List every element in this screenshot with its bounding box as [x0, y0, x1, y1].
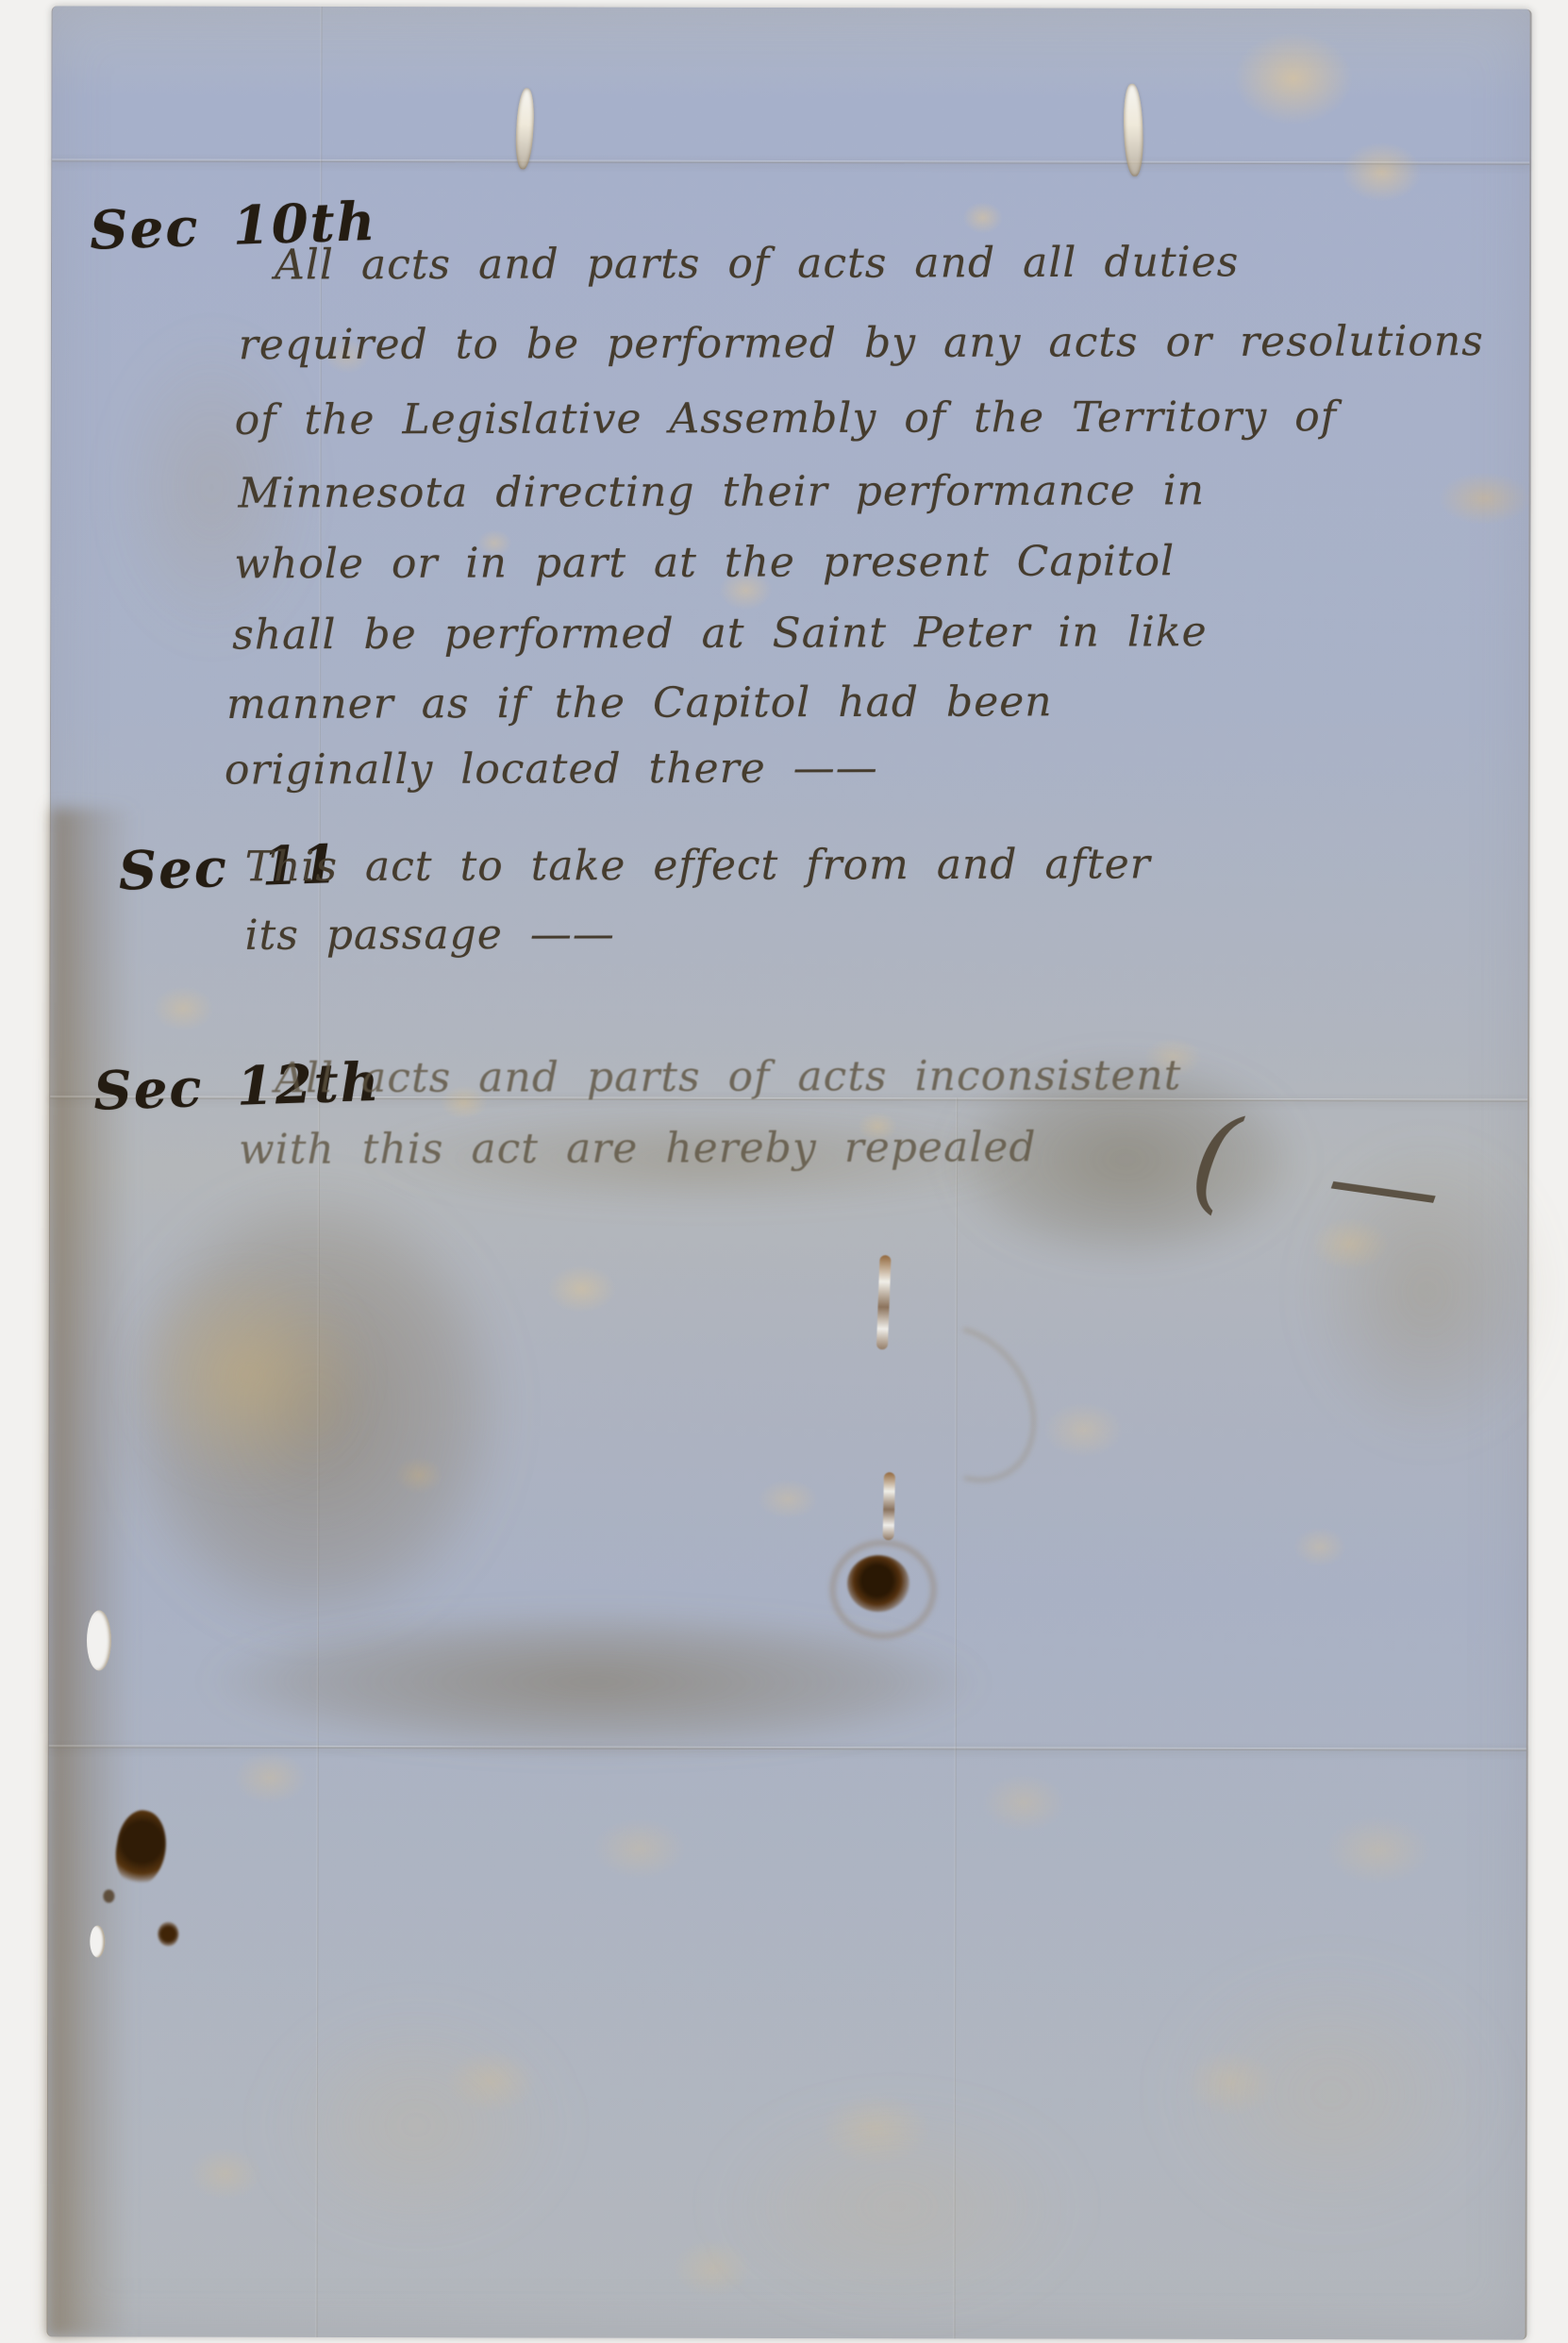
manuscript-line: required to be performed by any acts or … [239, 317, 1484, 369]
manuscript-line: with this act are hereby repealed [239, 1123, 1037, 1174]
manuscript-line: whole or in part at the present Capitol [234, 537, 1175, 588]
edge-notch [90, 1925, 105, 1957]
manuscript-line: Minnesota directing their performance in [238, 466, 1205, 517]
ink-blot [158, 1922, 178, 1947]
fold-crease [953, 1097, 958, 2338]
manuscript-line: All acts and parts of acts inconsistent [275, 1051, 1181, 1102]
stain [47, 808, 135, 2336]
pin-mark [883, 1472, 895, 1540]
edge-notch [87, 1610, 111, 1670]
manuscript-line: its passage —— [244, 911, 614, 960]
manuscript-line: of the Legislative Assembly of the Terri… [235, 393, 1337, 444]
stain [651, 2065, 1143, 2343]
fold-crease [49, 1745, 1526, 1750]
ink-blot [110, 1807, 172, 1890]
ink-blot [103, 1889, 114, 1902]
paper-tear [514, 88, 536, 170]
manuscript-line: shall be performed at Saint Peter in lik… [232, 608, 1208, 659]
manuscript-paper: Sec 10th All acts and parts of acts and … [46, 6, 1531, 2339]
manuscript-line: manner as if the Capitol had been [226, 678, 1053, 728]
manuscript-line: All acts and parts of acts and all dutie… [275, 238, 1239, 289]
pin-mark [876, 1255, 892, 1349]
manuscript-line: originally located there —— [225, 744, 878, 794]
pen-flourish: ( — [1184, 1092, 1478, 1261]
ink-blot [847, 1555, 909, 1612]
fold-crease [52, 159, 1529, 164]
stain [218, 1969, 615, 2282]
stain [87, 1223, 409, 1526]
scanned-document: Sec 10th All acts and parts of acts and … [0, 0, 1568, 2343]
stain [1105, 1915, 1559, 2274]
manuscript-line: This act to take effect from and after [245, 840, 1151, 891]
